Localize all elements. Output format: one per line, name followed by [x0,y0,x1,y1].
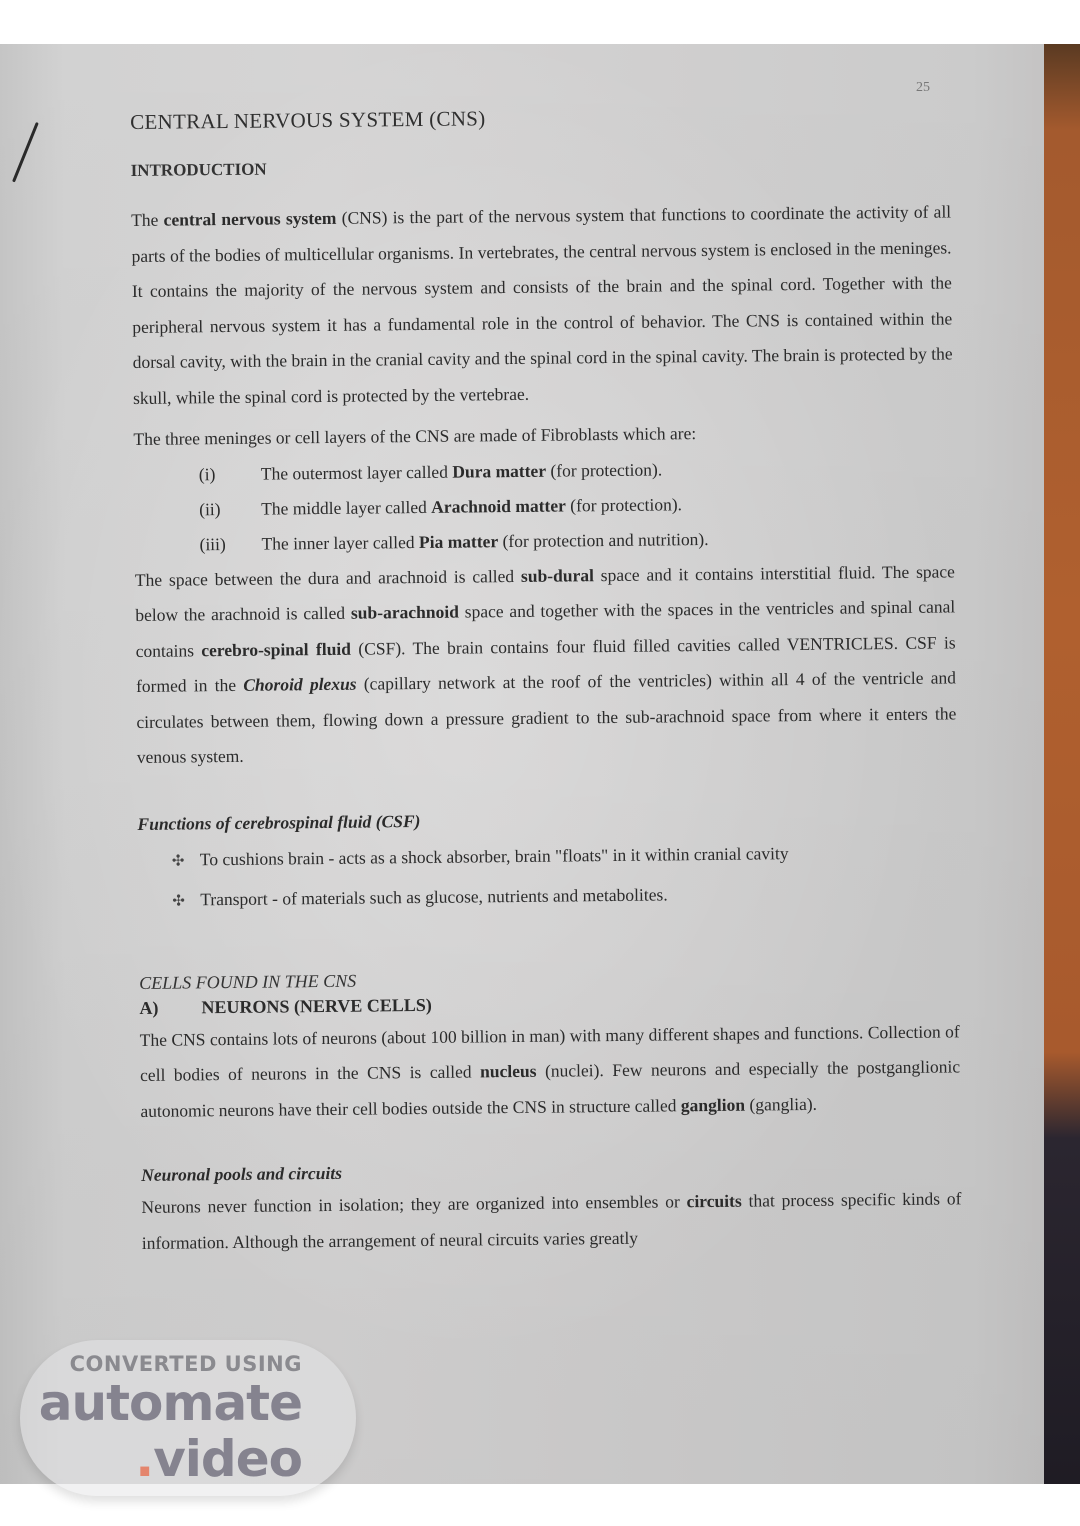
section-title: NEURONS (NERVE CELLS) [201,994,432,1017]
text-run: The [131,210,164,230]
text-run: (for protection). [566,494,682,515]
list-text: The outermost layer called Dura matter (… [261,452,663,491]
csf-paragraph: The space between the dura and arachnoid… [135,554,957,776]
bold-term: Dura matter [452,460,546,481]
text-run: (for protection). [546,459,662,480]
bold-term: circuits [687,1191,742,1212]
text-run: (ganglia). [745,1093,817,1114]
watermark-caption: CONVERTED USING [70,1352,302,1376]
watermark-brand: automate [39,1374,302,1432]
text-run: The inner layer called [261,531,419,553]
list-text: To cushions brain - acts as a shock abso… [200,843,789,869]
bold-term: Arachnoid matter [431,495,566,516]
list-text: Transport - of materials such as glucose… [200,884,668,909]
list-text: The middle layer called Arachnoid matter… [261,487,682,526]
page-number: 25 [916,80,930,96]
bold-term: central nervous system [164,208,337,230]
intro-paragraph: The central nervous system (CNS) is the … [131,194,953,416]
bold-term: Pia matter [419,531,498,552]
text-run: The outermost layer called [261,461,453,483]
neuronal-pools-heading: Neuronal pools and circuits [141,1156,961,1186]
bold-term: sub-dural [521,565,594,586]
text-run: The middle layer called [261,496,431,518]
watermark-badge: CONVERTED USING automate .video [20,1340,356,1496]
scanned-page-photo: 25 CENTRAL NERVOUS SYSTEM (CNS) INTRODUC… [0,44,1080,1484]
text-run: Neurons never function in isolation; the… [141,1191,686,1217]
neurons-paragraph: The CNS contains lots of neurons (about … [140,1014,961,1129]
diamond-bullet-icon: ✣ [172,882,200,920]
csf-functions-heading: Functions of cerebrospinal fluid (CSF) [137,805,957,835]
section-heading-introduction: INTRODUCTION [131,152,951,181]
cells-heading: CELLS FOUND IN THE CNS [139,964,959,994]
wooden-table-edge [1044,44,1080,1484]
text-run: The space between the dura and arachnoid… [135,565,521,589]
bold-term: nucleus [480,1061,537,1082]
bold-term: cerebro-spinal fluid [201,638,351,660]
neurons-heading: A) NEURONS (NERVE CELLS) [139,989,959,1019]
watermark-brand-suffix: .video [135,1430,302,1488]
section-letter: A) [139,997,201,1019]
text-run: (CNS) is the part of the nervous system … [131,201,952,407]
list-text: The inner layer called Pia matter (for p… [261,521,708,561]
neuronal-pools-paragraph: Neurons never function in isolation; the… [141,1181,962,1261]
list-item: ✣Transport - of materials such as glucos… [172,872,958,920]
watermark-dot: . [135,1430,153,1488]
csf-functions-list: ✣To cushions brain - acts as a shock abs… [172,832,959,920]
diamond-bullet-icon: ✣ [172,842,200,880]
list-number: (iii) [199,526,261,562]
document-content: CENTRAL NERVOUS SYSTEM (CNS) INTRODUCTIO… [130,101,962,1261]
bold-term: sub-arachnoid [351,602,459,623]
italic-term: Choroid plexus [243,674,356,695]
list-number: (i) [199,456,261,492]
watermark-suffix-text: video [153,1430,302,1488]
text-run: (for protection and nutrition). [498,528,709,550]
meninges-list: (i) The outermost layer called Dura matt… [199,449,955,562]
list-number: (ii) [199,491,261,527]
bold-term: ganglion [681,1094,745,1115]
